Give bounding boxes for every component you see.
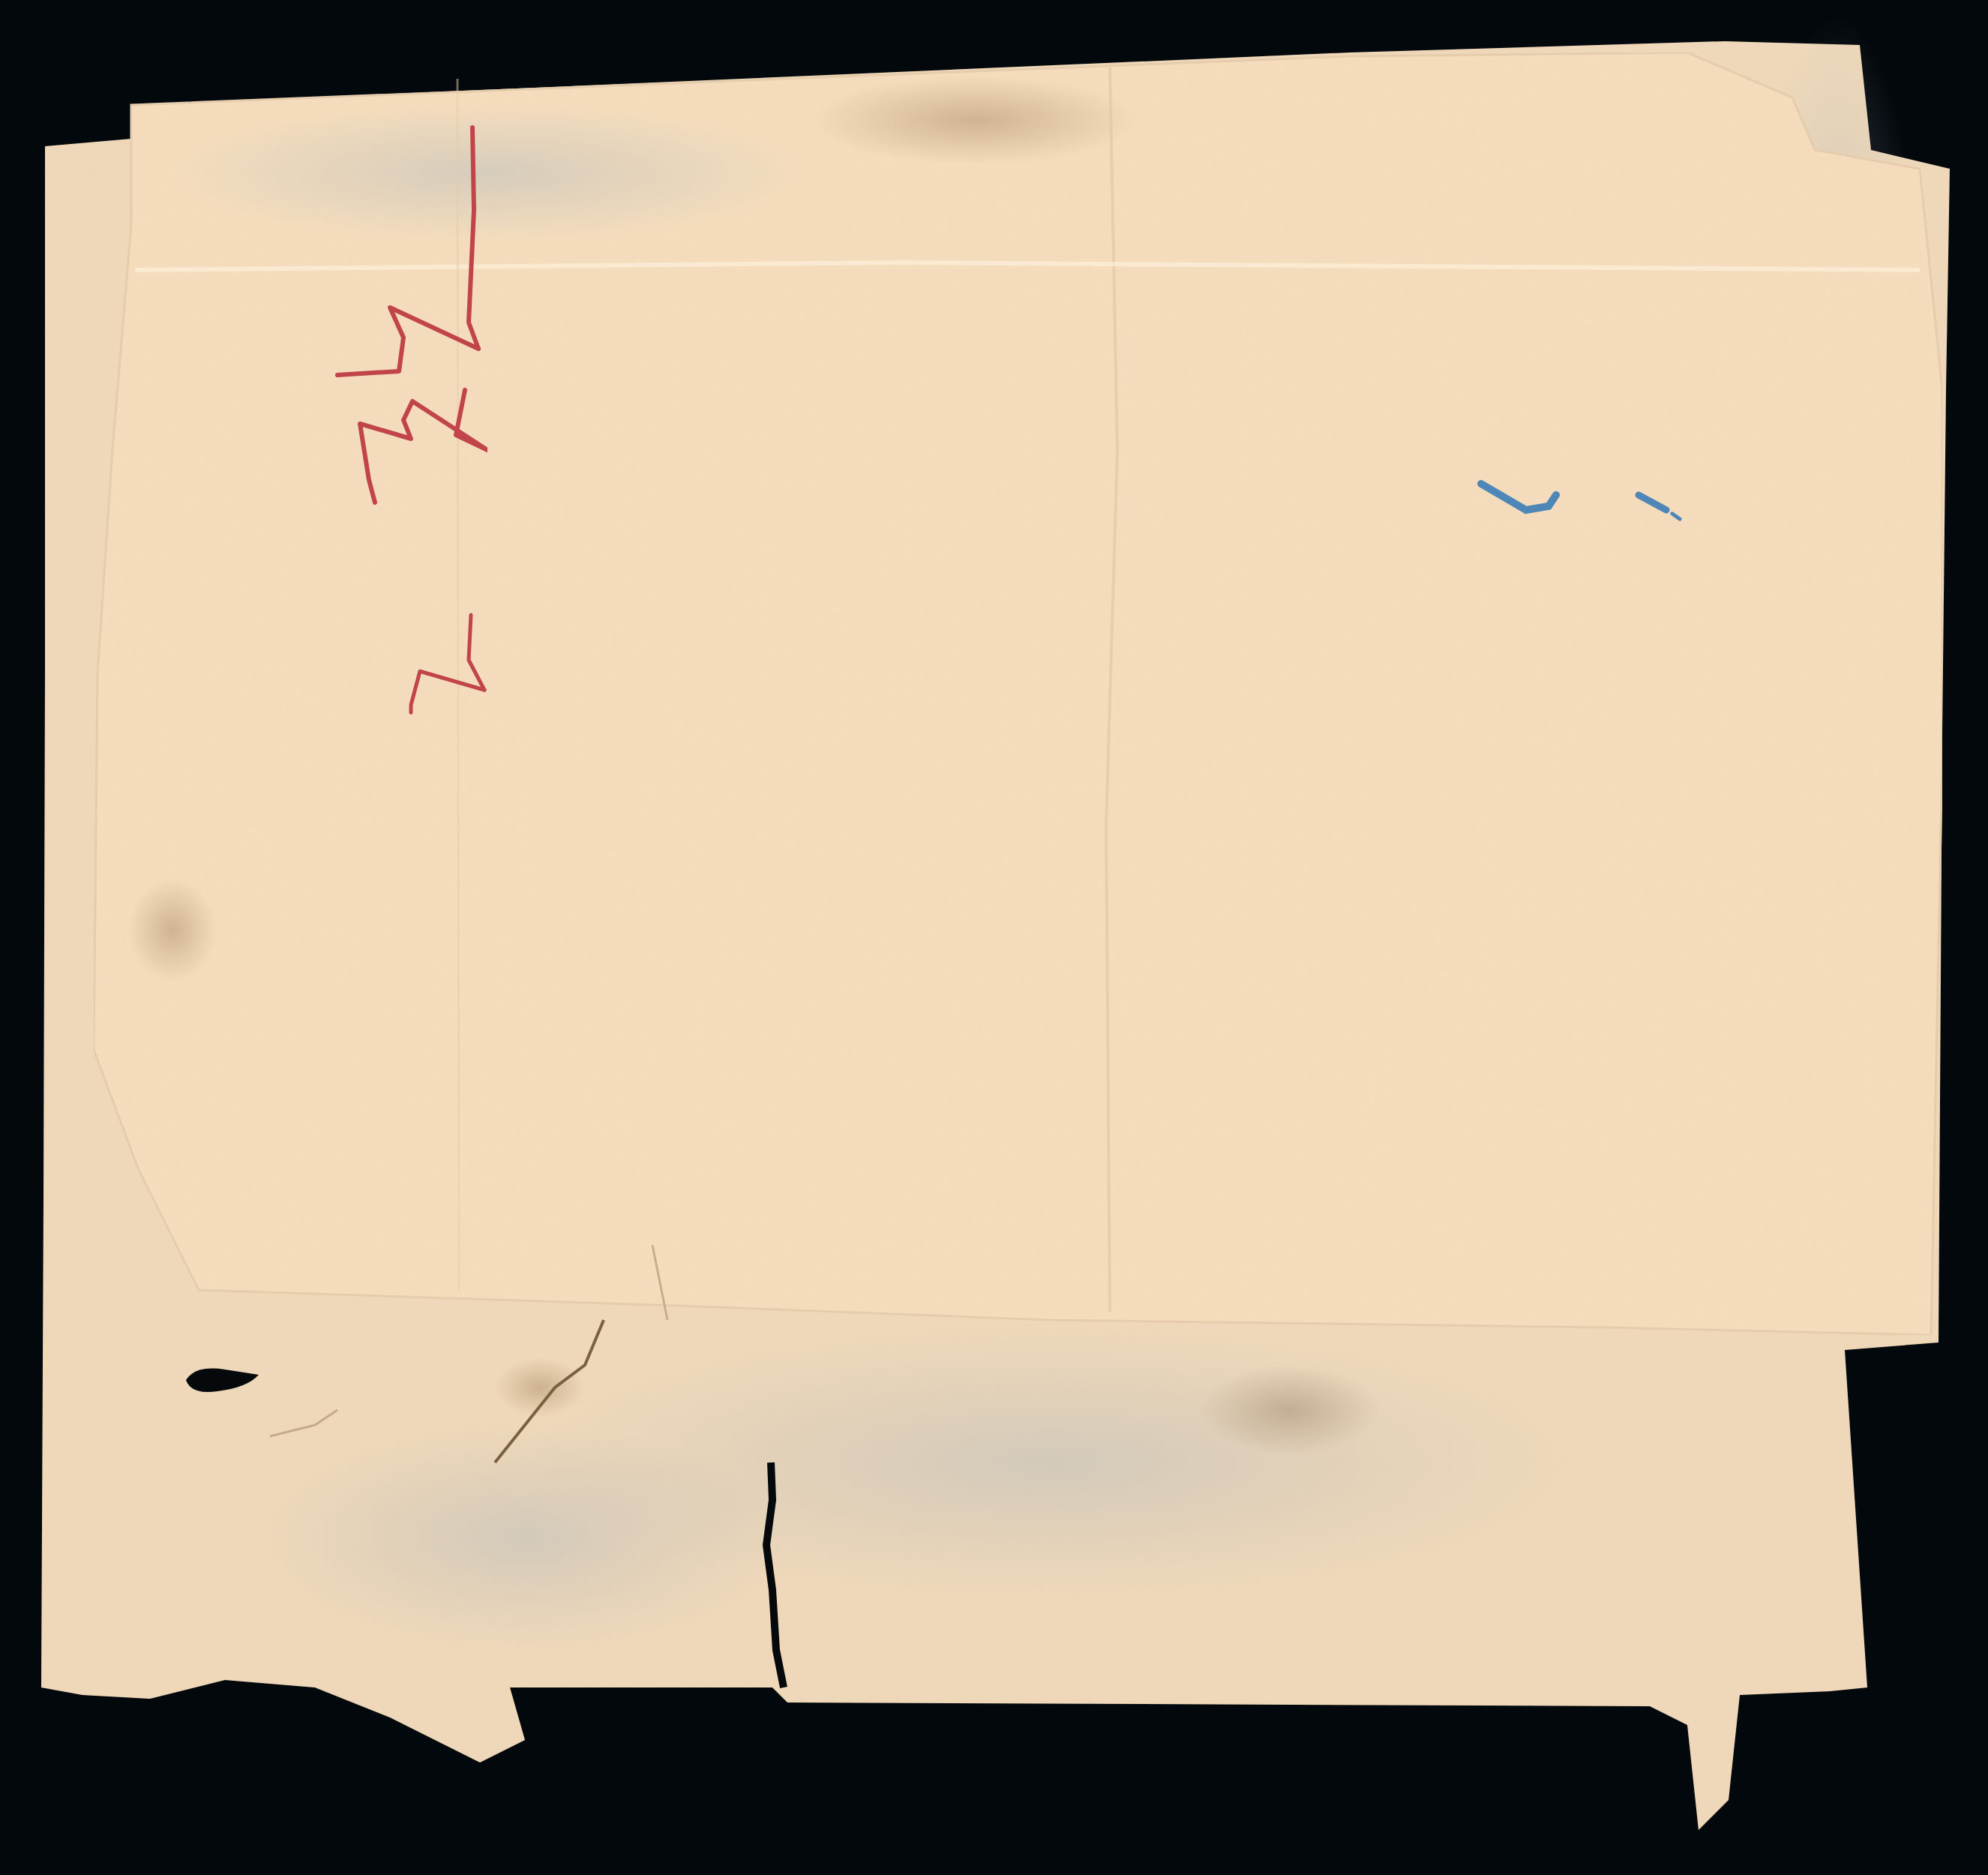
blue-crayon-marks [1470, 472, 1695, 532]
red-pencil-inscription [315, 120, 487, 765]
background: 7327 [0, 0, 1988, 1875]
document-scan [0, 0, 1988, 1875]
